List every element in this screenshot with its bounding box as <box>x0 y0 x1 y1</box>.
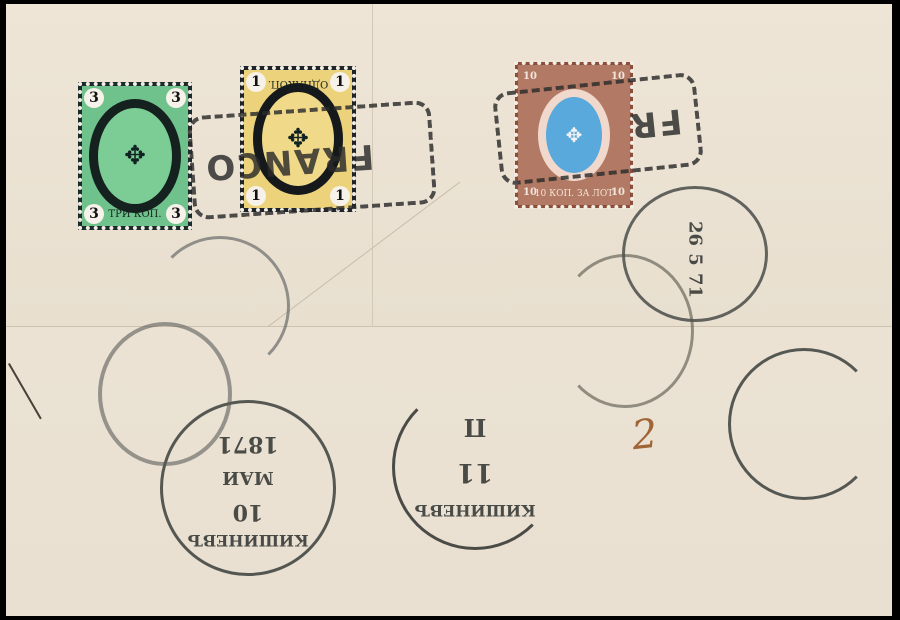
postmark-city: КИШИНЕВЪ <box>163 531 333 550</box>
postmark-partial <box>150 236 290 376</box>
stamp-corner: 3 <box>166 88 186 108</box>
postmark-right <box>728 348 880 500</box>
postmark-city: КИШИНЕВЪ <box>395 501 555 520</box>
postmark-day: 11 <box>395 457 555 487</box>
double-headed-eagle-icon: ✥ <box>124 141 146 171</box>
stamp-corner: 3 <box>84 88 104 108</box>
boxed-cancel-franco: FRANCO <box>187 100 438 221</box>
postmark-day: 10 <box>163 499 333 525</box>
postmark-kishinev-11: П 11 КИШИНЕВЪ <box>392 384 558 550</box>
postmark-month: МАИ <box>163 467 333 488</box>
cancel-text: FR <box>626 100 683 145</box>
stamp-label: ОДНАКОП. <box>244 78 352 89</box>
stamp-corner: 10 <box>520 67 540 87</box>
stamp-label: 10 КОП. ЗА ЛОТ <box>518 189 630 199</box>
postmark-partial-2 <box>556 254 694 408</box>
stamp-3-kopeck: 3 3 3 3 ✥ ТРИ КОП. <box>78 82 192 230</box>
postmark-month: П <box>395 413 555 442</box>
stamp-label: ТРИ КОП. <box>82 209 188 220</box>
cancel-text: FRANCO <box>203 136 375 188</box>
manuscript-rate-mark: 2 <box>630 411 660 459</box>
